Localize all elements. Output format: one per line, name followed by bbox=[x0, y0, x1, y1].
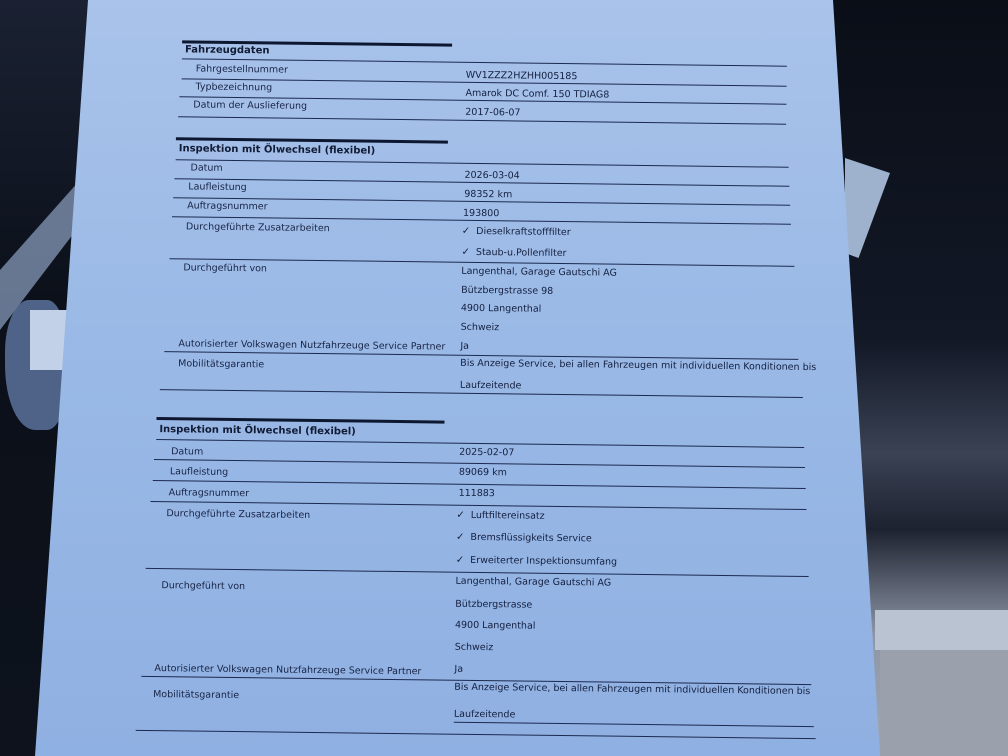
inspection-1-street: Bützbergstrasse 98 bbox=[461, 285, 553, 297]
vin-value: WV1ZZZ2HZHH005185 bbox=[466, 70, 578, 82]
divider bbox=[176, 159, 789, 167]
extra-item-text: Erweiterter Inspektionsumfang bbox=[470, 555, 617, 568]
service-record-document: ...plannachweis Fahrzeugdaten Fahrgestel… bbox=[0, 0, 1008, 756]
inspection-2-partner-label: Autorisierter Volkswagen Nutzfahrzeuge S… bbox=[154, 663, 421, 677]
inspection-1-city: 4900 Langenthal bbox=[461, 303, 542, 315]
section-rule bbox=[156, 417, 444, 424]
inspection-1-partner: Ja bbox=[460, 341, 469, 352]
type-label: Typbezeichnung bbox=[195, 82, 272, 94]
delivery-date-label: Datum der Auslieferung bbox=[193, 99, 307, 111]
extra-item-text: Dieselkraftstofffilter bbox=[476, 226, 571, 238]
check-icon: ✓ bbox=[461, 247, 470, 258]
inspection-1-mobility-cont: Laufzeitende bbox=[460, 380, 522, 392]
vehicle-section-title: Fahrzeugdaten bbox=[185, 44, 270, 56]
vin-label: Fahrgestellnummer bbox=[196, 64, 288, 76]
inspection-2-extra-item: ✓Luftfiltereinsatz bbox=[456, 510, 544, 522]
inspection-2-extra-label: Durchgeführte Zusatzarbeiten bbox=[166, 508, 310, 521]
inspection-2-partner: Ja bbox=[454, 664, 463, 675]
inspection-1-order: 193800 bbox=[463, 208, 499, 219]
inspection-1-partner-label: Autorisierter Volkswagen Nutzfahrzeuge S… bbox=[178, 338, 445, 352]
inspection-1-extra-item: ✓Dieselkraftstofffilter bbox=[462, 226, 571, 238]
inspection-2-street: Bützbergstrasse bbox=[455, 599, 532, 611]
divider bbox=[454, 722, 814, 727]
inspection-2-performed-by-label: Durchgeführt von bbox=[161, 580, 245, 592]
extra-item-text: Bremsflüssigkeits Service bbox=[470, 532, 591, 544]
inspection-1-title: Inspektion mit Ölwechsel (flexibel) bbox=[179, 143, 376, 156]
inspection-1-extra-label: Durchgeführte Zusatzarbeiten bbox=[186, 221, 330, 234]
inspection-1-mileage-label: Laufleistung bbox=[188, 181, 246, 193]
inspection-1-country: Schweiz bbox=[461, 322, 500, 333]
section-rule bbox=[176, 137, 448, 143]
extra-item-text: Staub-u.Pollenfilter bbox=[476, 247, 567, 259]
inspection-2-extra-item: ✓Bremsflüssigkeits Service bbox=[456, 532, 592, 545]
check-icon: ✓ bbox=[462, 226, 471, 237]
inspection-2-mobility-label: Mobilitätsgarantie bbox=[153, 689, 239, 701]
inspection-2-extra-item: ✓Erweiterter Inspektionsumfang bbox=[456, 555, 617, 568]
inspection-1-order-label: Auftragsnummer bbox=[187, 200, 268, 212]
inspection-1-mobility: Bis Anzeige Service, bei allen Fahrzeuge… bbox=[460, 358, 816, 373]
inspection-2-mileage: 89069 km bbox=[459, 467, 507, 479]
check-icon: ✓ bbox=[456, 510, 465, 521]
inspection-1-mileage: 98352 km bbox=[464, 189, 512, 201]
delivery-date-value: 2017-06-07 bbox=[465, 107, 520, 119]
inspection-1-garage: Langenthal, Garage Gautschi AG bbox=[461, 266, 617, 279]
inspection-2-order: 111883 bbox=[459, 488, 495, 499]
extra-item-text: Luftfiltereinsatz bbox=[471, 510, 545, 522]
inspection-2-mileage-label: Laufleistung bbox=[170, 466, 228, 478]
inspection-2-title: Inspektion mit Ölwechsel (flexibel) bbox=[159, 424, 356, 437]
inspection-2-country: Schweiz bbox=[455, 642, 494, 653]
type-value: Amarok DC Comf. 150 TDIAG8 bbox=[465, 88, 609, 101]
check-icon: ✓ bbox=[456, 555, 465, 566]
inspection-2-mobility-cont: Laufzeitende bbox=[454, 709, 516, 721]
inspection-2-city: 4900 Langenthal bbox=[455, 620, 536, 632]
inspection-1-performed-by-label: Durchgeführt von bbox=[183, 262, 267, 274]
inspection-1-date: 2026-03-04 bbox=[464, 170, 519, 182]
divider bbox=[136, 730, 816, 739]
inspection-2-date-label: Datum bbox=[171, 446, 203, 457]
inspection-1-date-label: Datum bbox=[191, 162, 223, 173]
inspection-1-mobility-label: Mobilitätsgarantie bbox=[178, 358, 264, 370]
check-icon: ✓ bbox=[456, 532, 465, 543]
inspection-2-date: 2025-02-07 bbox=[459, 447, 514, 459]
inspection-1-extra-item: ✓Staub-u.Pollenfilter bbox=[461, 247, 566, 259]
inspection-2-garage: Langenthal, Garage Gautschi AG bbox=[455, 576, 611, 589]
inspection-2-order-label: Auftragsnummer bbox=[169, 487, 250, 499]
